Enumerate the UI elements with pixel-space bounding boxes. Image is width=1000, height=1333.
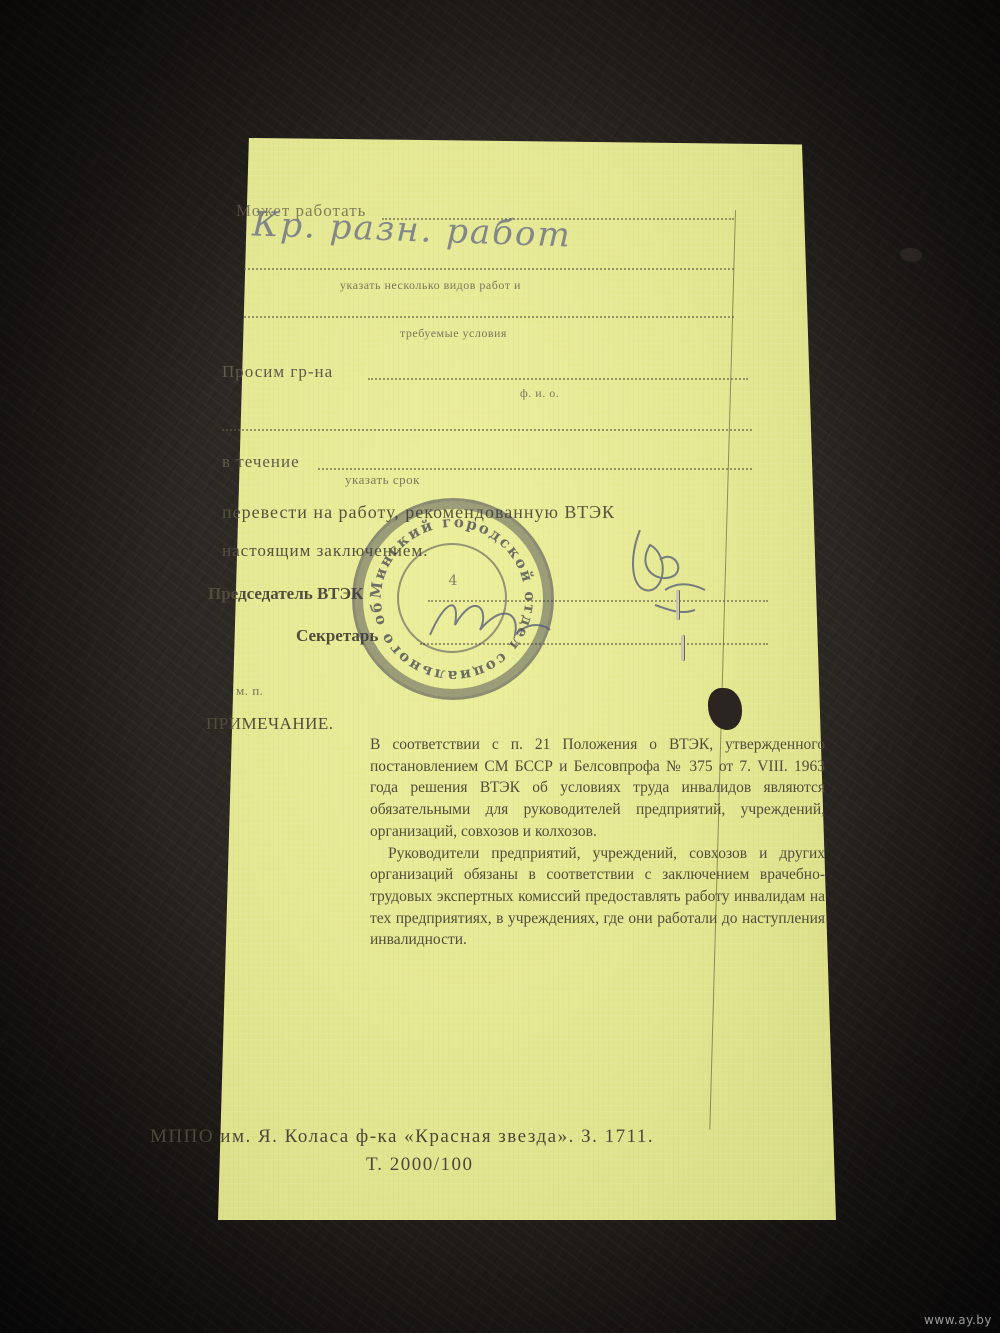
request-label: Просим гр-на xyxy=(222,362,333,382)
period-dotted-line xyxy=(318,468,752,470)
note-paragraph-2: Руководители предприятий, учреждений, со… xyxy=(370,843,825,952)
site-watermark: www.ay.by xyxy=(924,1313,992,1327)
print-run: Т. 2000/100 xyxy=(366,1154,473,1176)
secretary-signature xyxy=(420,580,560,650)
chairman-label: Председатель ВТЭК xyxy=(208,584,363,604)
chairman-signature xyxy=(610,515,720,625)
hint-period: указать срок xyxy=(345,472,420,488)
conditions-dotted-line xyxy=(244,316,734,318)
hint-work-types: указать несколько видов работ и xyxy=(340,278,521,293)
fio-dotted-line xyxy=(368,378,748,380)
work-types-dotted-line xyxy=(244,268,734,270)
hint-conditions: требуемые условия xyxy=(400,326,507,341)
hint-fio: ф. и. о. xyxy=(520,386,559,401)
note-heading: ПРИМЕЧАНИЕ. xyxy=(206,714,334,734)
note-block: В соответствии с п. 21 Положения о ВТЭК,… xyxy=(370,734,825,951)
printer-imprint: МППО им. Я. Коласа ф-ка «Красная звезда»… xyxy=(150,1126,654,1148)
paper-tear xyxy=(900,248,922,262)
staple-top xyxy=(676,590,679,620)
seal-place-label: м. п. xyxy=(236,683,263,699)
note-paragraph-1: В соответствии с п. 21 Положения о ВТЭК,… xyxy=(370,734,825,843)
staple-bottom xyxy=(681,635,684,661)
fio-second-dotted-line xyxy=(222,429,752,431)
during-label: в течение xyxy=(222,452,300,472)
